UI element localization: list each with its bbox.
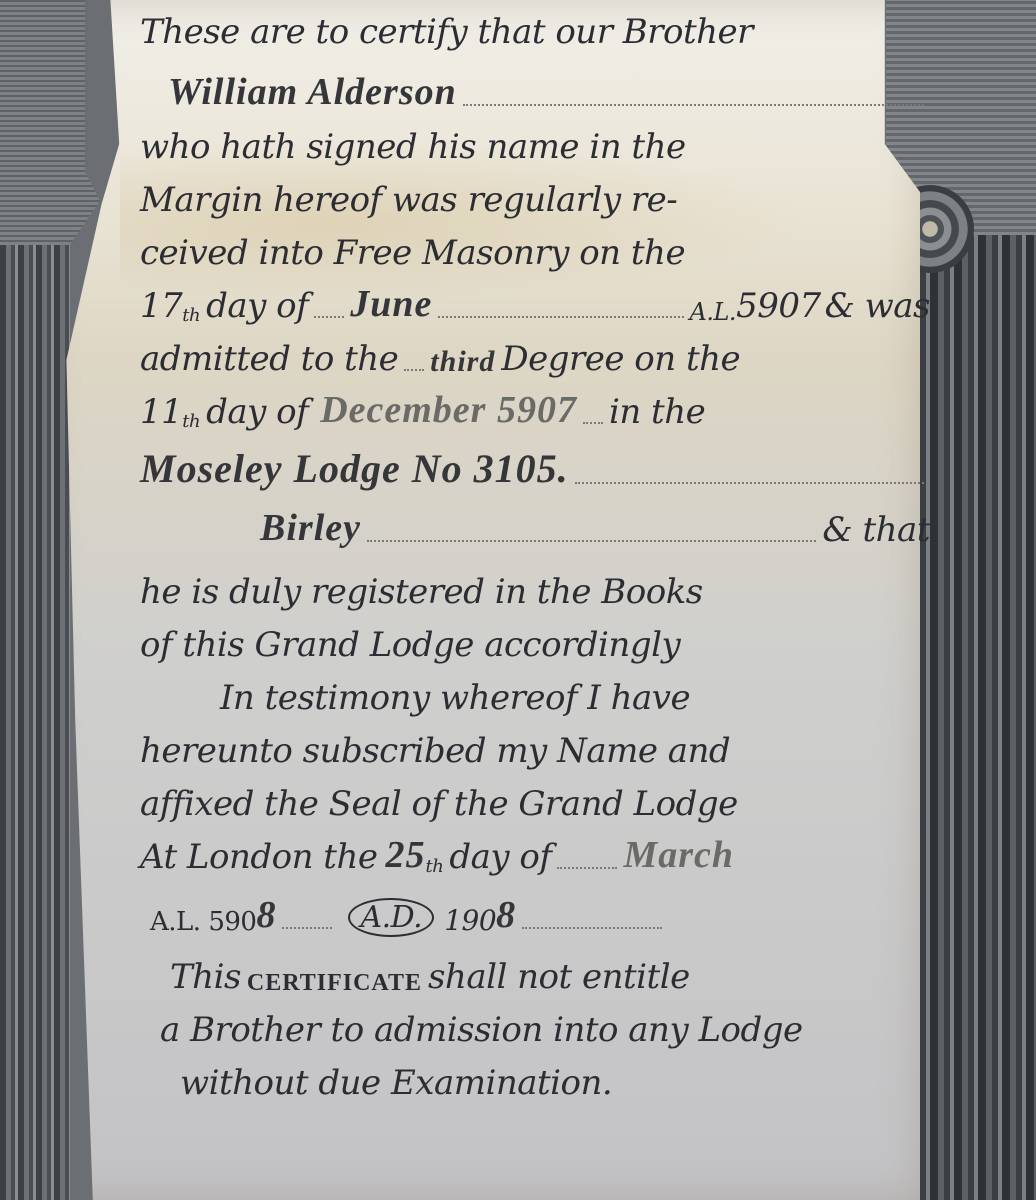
printed-text: In testimony whereof I have — [220, 678, 690, 718]
line-notice-1: This CERTIFICATE shall not entitle — [140, 937, 930, 997]
line-lodge: Moseley Lodge No 3105. — [140, 432, 930, 492]
ad-prefix: 190 — [444, 904, 496, 937]
line-place: Birley & that — [140, 492, 930, 550]
al-prefix: A.L. — [690, 298, 737, 326]
printed-text: day of — [206, 392, 308, 432]
printed-text: This — [170, 957, 241, 997]
initiation-month: June — [350, 282, 432, 326]
lodge-name-number: Moseley Lodge No 3105. — [140, 445, 569, 492]
line-degree-date: 11th day of December 5907 in the — [140, 379, 930, 432]
lodge-place: Birley — [260, 506, 361, 550]
issue-month: March — [623, 833, 734, 877]
initiation-al-year: 5907 — [736, 286, 821, 326]
dotted-rule — [282, 927, 332, 929]
dotted-rule — [367, 540, 816, 542]
printed-text: admitted to the — [140, 339, 398, 379]
printed-text: These are to certify that our Brother — [140, 12, 753, 52]
line-issue-years: A.L. 5908 A.D. 1908 — [140, 877, 930, 937]
dotted-rule — [463, 104, 924, 106]
dotted-rule — [522, 927, 662, 929]
line-registered: he is duly registered in the Books — [140, 550, 930, 612]
printed-text: Margin hereof was regularly re- — [140, 180, 677, 220]
brother-name: William Alderson — [168, 70, 457, 114]
line-received: ceived into Free Masonry on the — [140, 220, 930, 273]
degree-day: 11 — [140, 392, 182, 432]
printed-text: shall not entitle — [428, 957, 690, 997]
printed-text: who hath signed his name in the — [140, 127, 686, 167]
line-seal: affixed the Seal of the Grand Lodge — [140, 771, 930, 824]
printed-text: At London the — [140, 837, 378, 877]
dotted-rule — [314, 316, 344, 318]
line-grand-lodge: of this Grand Lodge accordingly — [140, 612, 930, 665]
line-issue-date: At London the 25th day of March — [140, 824, 930, 877]
printed-text: ceived into Free Masonry on the — [140, 233, 685, 273]
line-notice-3: without due Examination. — [140, 1050, 930, 1103]
printed-text: of this Grand Lodge accordingly — [140, 625, 680, 665]
line-margin: Margin hereof was regularly re- — [140, 167, 930, 220]
printed-text: in the — [609, 392, 705, 432]
dotted-rule — [583, 422, 603, 424]
certificate-text: These are to certify that our Brother Wi… — [140, 0, 930, 1103]
certificate-caps: CERTIFICATE — [247, 970, 422, 997]
dotted-rule — [557, 867, 617, 869]
issue-ad-digit: 8 — [496, 893, 516, 937]
day-suffix: th — [426, 856, 444, 877]
line-brother-name: William Alderson — [140, 52, 930, 114]
printed-text: without due Examination. — [180, 1063, 612, 1103]
printed-text: Degree on the — [501, 339, 740, 379]
printed-text: & that — [822, 510, 930, 550]
dotted-rule — [404, 369, 424, 371]
day-suffix: th — [182, 305, 200, 326]
line-subscribed: hereunto subscribed my Name and — [140, 718, 930, 771]
printed-text: & was — [825, 286, 930, 326]
dotted-rule — [438, 316, 683, 318]
line-certify: These are to certify that our Brother — [140, 0, 930, 52]
line-initiation-date: 17th day of June A.L. 5907 & was — [140, 273, 930, 326]
printed-text: day of — [449, 837, 551, 877]
line-signed: who hath signed his name in the — [140, 114, 930, 167]
line-notice-2: a Brother to admission into any Lodge — [140, 997, 930, 1050]
issue-al-digit: 8 — [256, 893, 276, 937]
issue-day: 25 — [386, 833, 426, 877]
printed-text: hereunto subscribed my Name and — [140, 731, 730, 771]
initiation-day: 17 — [140, 286, 182, 326]
degree-value: third — [430, 345, 495, 379]
day-suffix: th — [182, 411, 200, 432]
degree-month-year: December 5907 — [320, 388, 577, 432]
ad-emblem: A.D. — [348, 898, 434, 937]
al-prefix: A.L. 590 — [150, 907, 256, 937]
line-degree: admitted to the third Degree on the — [140, 326, 930, 379]
printed-text: he is duly registered in the Books — [140, 572, 703, 612]
dotted-rule — [575, 482, 924, 484]
printed-text: affixed the Seal of the Grand Lodge — [140, 784, 738, 824]
left-pillar-capital — [0, 0, 100, 245]
line-testimony: In testimony whereof I have — [140, 665, 930, 718]
printed-text: a Brother to admission into any Lodge — [160, 1010, 803, 1050]
printed-text: day of — [206, 286, 308, 326]
